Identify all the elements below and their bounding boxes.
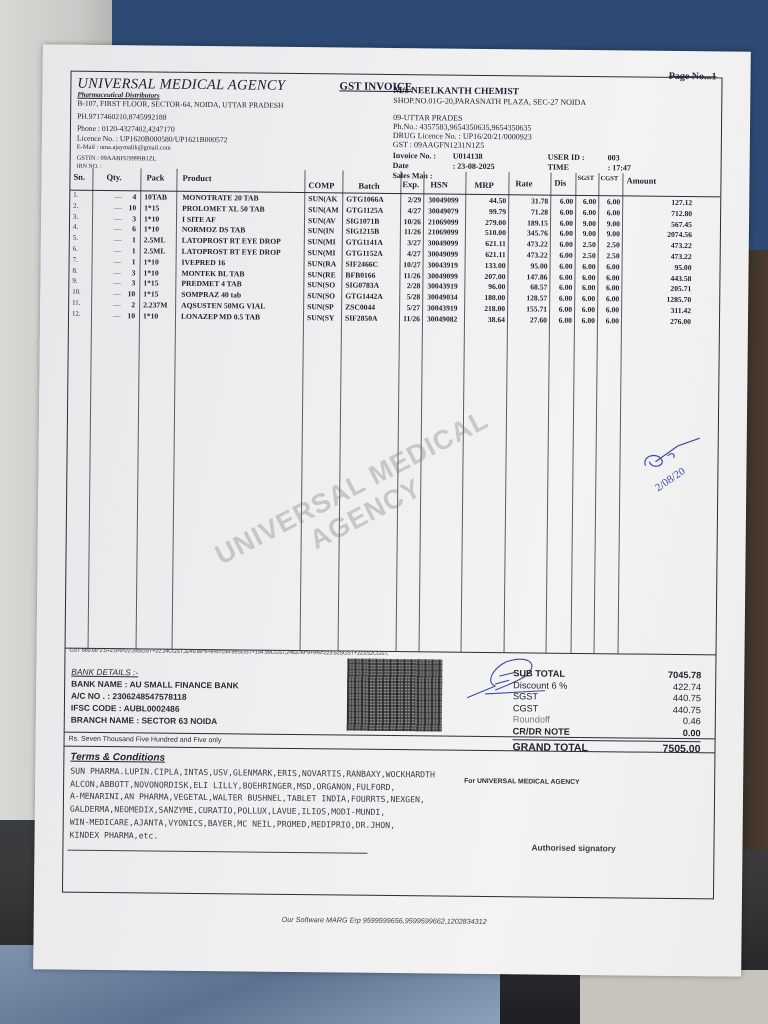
col-pack: Pack (146, 172, 164, 182)
cell-cgst: 6.00 (606, 294, 619, 303)
cell-pack: 1*15 (143, 290, 158, 299)
col-product: Product (182, 173, 211, 183)
cell-mrp: 133.00 (485, 261, 506, 270)
cell-exp: 4/27 (408, 206, 422, 215)
checkmark-icon: — (113, 268, 121, 277)
cell-cgst: 2.50 (606, 251, 619, 260)
invoice-time: : 17:47 (608, 163, 668, 173)
total-label: SUB TOTAL (513, 668, 565, 680)
cell-cgst: 2.50 (606, 240, 619, 249)
col-batch: Batch (358, 181, 379, 191)
total-row: GRAND TOTAL7505.00 (512, 739, 700, 755)
checkmark-icon: — (114, 214, 122, 223)
col-amount: Amount (626, 175, 656, 185)
authorised-signatory: Authorised signatory (531, 842, 615, 853)
cell-product: MONTEK BL TAB (181, 268, 244, 278)
cell-cgst: 6.00 (607, 208, 620, 217)
cell-hsn: 30049099 (427, 271, 457, 280)
cell-cgst: 6.00 (606, 305, 619, 314)
cell-cgst: 6.00 (607, 197, 620, 206)
total-label: GRAND TOTAL (512, 742, 588, 754)
total-value: 440.75 (673, 704, 701, 716)
cell-rate: 147.86 (527, 272, 548, 281)
cell-mrp: 180.00 (484, 293, 505, 302)
cell-batch: SIG1215B (346, 227, 379, 236)
checkmark-icon: — (114, 192, 122, 201)
cell-rate: 155.71 (526, 304, 547, 313)
cell-mrp: 279.00 (485, 218, 506, 227)
invoice-no: U014138 (453, 152, 548, 162)
cell-product: PREDMET 4 TAB (181, 279, 241, 289)
cell-sgst: 6.00 (582, 305, 595, 314)
cell-mrp: 510.00 (485, 228, 506, 237)
cell-sgst: 6.00 (582, 273, 595, 282)
total-value: 7505.00 (662, 744, 700, 756)
cell-qty: 1 (132, 235, 136, 244)
total-label: CGST (513, 703, 539, 715)
col-rate: Rate (515, 178, 532, 188)
cell-rate: 473.22 (527, 250, 548, 259)
cell-product: LATOPROST RT EYE DROP (182, 247, 281, 257)
cell-pack: 1*10 (144, 257, 159, 266)
cell-sn: 5. (73, 235, 78, 242)
cell-exp: 2/29 (408, 195, 422, 204)
cell-sgst: 2.50 (582, 251, 595, 260)
cell-sn: 11. (72, 300, 80, 307)
cell-rate: 473.22 (527, 240, 548, 249)
cell-comp: SUN(SY (307, 313, 335, 322)
col-dis: Dis (554, 178, 566, 188)
cell-product: AQSUSTEN 50MG VIAL (181, 301, 265, 311)
invoice-paper: Page No...1 UNIVERSAL MEDICAL AGENCY Pha… (33, 44, 751, 976)
cell-qty: 1 (132, 246, 136, 255)
bank-account: A/C NO . : 2306248547578118 (71, 691, 187, 702)
cell-sgst: 9.00 (583, 229, 596, 238)
cell-sgst: 6.00 (583, 197, 596, 206)
cell-qty: 10 (128, 289, 136, 298)
cell-dis: 6.00 (560, 197, 573, 206)
cell-pack: 1*10 (144, 214, 159, 223)
cell-sn: 4. (73, 224, 78, 231)
cell-qty: 4 (132, 192, 136, 201)
cell-hsn: 21069099 (428, 217, 458, 226)
cell-mrp: 621.11 (485, 250, 506, 259)
cell-batch: SIF2850A (345, 313, 378, 322)
cell-rate: 189.15 (527, 218, 548, 227)
cell-dis: 6.00 (560, 208, 573, 217)
col-sgst: SGST (577, 175, 594, 182)
cell-amount: 2074.56 (667, 230, 692, 239)
cell-rate: 31.78 (531, 196, 548, 205)
cell-dis: 6.00 (559, 294, 572, 303)
seller-mobile: PH.9717460210,8745992188 (77, 111, 347, 123)
cell-mrp: 38.64 (488, 315, 505, 324)
col-qty: Qty. (106, 172, 121, 182)
cell-pack: 2.237M (143, 300, 167, 309)
cell-dis: 6.00 (560, 218, 573, 227)
checkmark-icon: — (113, 289, 121, 298)
cell-exp: 10/27 (403, 260, 420, 269)
cell-comp: SUN(MI (308, 237, 336, 246)
cell-sn: 6. (73, 246, 78, 253)
cell-amount: 95.00 (674, 263, 691, 272)
cell-amount: 311.42 (671, 306, 692, 315)
cell-sgst: 6.00 (582, 294, 595, 303)
cell-batch: GTG1125A (346, 205, 383, 214)
cell-cgst: 9.00 (607, 230, 620, 239)
cell-dis: 6.00 (559, 283, 572, 292)
cell-sgst: 6.00 (582, 283, 595, 292)
cell-rate: 27.60 (530, 315, 547, 324)
cell-dis: 6.00 (559, 262, 572, 271)
terms-and-conditions: Terms & Conditions SUN PHARMA.LUPIN.CIPL… (70, 752, 631, 847)
col-mrp: MRP (474, 180, 493, 190)
totals-block: SUB TOTAL7045.78Discount 6 %422.74SGST44… (512, 668, 701, 755)
cell-qty: 2 (131, 300, 135, 309)
cell-pack: 10TAB (144, 192, 167, 201)
cell-comp: SUN(AK (308, 194, 337, 203)
cell-sn: 10. (72, 289, 81, 296)
cell-pack: 1*10 (143, 268, 158, 277)
cell-pack: 2.5ML (144, 246, 166, 255)
checkmark-icon: — (114, 257, 122, 266)
invoice-no-label: Invoice No. : (393, 151, 453, 161)
total-label: SGST (513, 691, 538, 703)
bank-branch: BRANCH NAME : SECTOR 63 NOIDA (71, 715, 218, 727)
cell-hsn: 30049034 (427, 293, 457, 302)
cell-exp: 5/28 (407, 292, 421, 301)
col-hsn: HSN (430, 179, 448, 189)
amount-in-words: Rs. Seven Thousand Five Hundred and Five… (69, 736, 222, 745)
cell-sn: 9. (72, 278, 77, 285)
cell-mrp: 621.11 (485, 239, 506, 248)
cell-mrp: 218.00 (484, 304, 505, 313)
cell-amount: 127.12 (671, 198, 692, 207)
cell-rate: 71.28 (531, 207, 548, 216)
cell-dis: 6.00 (559, 305, 572, 314)
checkmark-icon: — (114, 203, 122, 212)
col-cgst: CGST (600, 175, 618, 182)
cell-mrp: 44.50 (489, 196, 506, 205)
cell-comp: SUN(IN (308, 226, 334, 235)
cell-dis: 6.00 (560, 229, 573, 238)
cell-amount: 567.45 (671, 220, 692, 229)
invoice-date: : 23-08-2025 (453, 162, 548, 172)
cell-sgst: 6.00 (583, 208, 596, 217)
total-value: 422.74 (673, 681, 701, 693)
cell-rate: 128.57 (526, 294, 547, 303)
cell-sn: 2. (73, 202, 78, 209)
cell-qty: 1 (132, 257, 136, 266)
cell-exp: 11/26 (404, 271, 421, 280)
software-footer: Our Software MARG Erp 9599599656,9599599… (282, 915, 487, 926)
cell-pack: 1*15 (144, 203, 159, 212)
cell-hsn: 30043919 (427, 282, 457, 291)
checkmark-icon: — (113, 300, 121, 309)
cell-sgst: 6.00 (582, 262, 595, 271)
cell-hsn: 30049082 (427, 314, 457, 323)
user-id-label: USER ID : (548, 153, 608, 163)
items-table: Sn. Qty. Pack Product COMP Batch Exp. HS… (66, 168, 721, 655)
cell-product: LATOPROST RT EYE DROP (182, 236, 281, 246)
total-value: 0.46 (683, 716, 701, 728)
cell-amount: 1285.70 (666, 295, 691, 304)
cell-sgst: 6.00 (582, 316, 595, 325)
cell-comp: SUN(SO (307, 291, 335, 300)
cell-qty: 10 (127, 311, 135, 320)
cell-mrp: 99.79 (489, 207, 506, 216)
cell-product: I SITE AF (182, 214, 216, 223)
for-agency-label: For UNIVERSAL MEDICAL AGENCY (464, 778, 580, 786)
cell-dis: 6.00 (559, 272, 572, 281)
cell-sn: 12. (72, 310, 81, 317)
total-value: 7045.78 (668, 670, 701, 682)
cell-product: MONOTRATE 20 TAB (182, 193, 258, 203)
cell-exp: 11/26 (403, 314, 420, 323)
bank-details: BANK DETAILS :- BANK NAME : AU SMALL FIN… (71, 666, 239, 728)
cell-hsn: 21069099 (428, 228, 458, 237)
cell-batch: BFB0166 (345, 270, 375, 279)
cell-batch: GTG1066A (346, 195, 384, 204)
cell-exp: 10/26 (404, 217, 421, 226)
cell-hsn: 30043919 (428, 260, 458, 269)
seller-address: B-107, FIRST FLOOR, SECTOR-64, NOIDA, UT… (77, 99, 347, 111)
cell-pack: 1*10 (144, 225, 159, 234)
cell-exp: 2/28 (407, 282, 421, 291)
cell-comp: SUN(RE (307, 270, 335, 279)
cell-exp: 5/27 (407, 303, 421, 312)
cell-mrp: 96.00 (488, 282, 505, 291)
cell-comp: SUN(RA (308, 259, 337, 268)
cell-sgst: 9.00 (583, 219, 596, 228)
cell-amount: 473.22 (671, 241, 692, 250)
cell-hsn: 30049099 (428, 195, 458, 204)
cell-rate: 345.76 (527, 229, 548, 238)
cell-sn: 7. (73, 256, 78, 263)
cell-product: PROLOMET XL 50 TAB (182, 204, 265, 214)
cell-qty: 3 (132, 214, 136, 223)
cell-dis: 6.00 (559, 251, 572, 260)
cell-hsn: 30043919 (427, 303, 457, 312)
col-exp: Exp. (402, 179, 419, 189)
cell-qty: 3 (132, 268, 136, 277)
cell-comp: SUN(AV (308, 216, 336, 225)
cell-comp: SUN(MI (308, 248, 336, 257)
cell-comp: SUN(SP (307, 302, 334, 311)
total-row: Discount 6 %422.74 (513, 680, 701, 693)
cell-dis: 6.00 (559, 240, 572, 249)
total-value: 440.75 (673, 693, 701, 705)
cell-hsn: 30049099 (428, 249, 458, 258)
cell-sn: 1. (73, 192, 78, 199)
date-label: Date (393, 161, 453, 171)
cell-pack: 1*15 (143, 279, 158, 288)
cell-dis: 6.00 (559, 316, 572, 325)
cell-cgst: 6.00 (606, 284, 619, 293)
col-sn: Sn. (73, 172, 85, 182)
seller-block: UNIVERSAL MEDICAL AGENCY Pharmaceutical … (77, 76, 348, 175)
checkmark-icon: — (113, 311, 121, 320)
cell-qty: 10 (129, 203, 137, 212)
cell-comp: SUN(SO (307, 280, 335, 289)
handwritten-initials-date: 2/08/20 (637, 432, 708, 493)
cell-rate: 95.00 (530, 261, 547, 270)
cell-exp: 3/27 (407, 238, 421, 247)
cell-batch: GTG1141A (346, 238, 383, 247)
buyer-address: SHOP.NO.01G-20,PARASNATH PLAZA, SEC-27 N… (393, 96, 713, 108)
cell-comp: SUN(AM (308, 205, 338, 214)
cell-batch: ZSC0044 (345, 302, 375, 311)
cell-sgst: 2.50 (582, 240, 595, 249)
cell-mrp: 207.00 (485, 272, 506, 281)
cell-cgst: 6.00 (606, 316, 619, 325)
cell-batch: SIG1071B (346, 216, 379, 225)
signature-line (67, 850, 367, 854)
svg-text:2/08/20: 2/08/20 (653, 465, 688, 492)
cell-amount: 473.22 (671, 252, 692, 261)
cell-hsn: 30049079 (428, 206, 458, 215)
user-id: 003 (608, 153, 668, 163)
cell-qty: 6 (132, 225, 136, 234)
cell-product: SOMPRAZ 40 tab (181, 290, 241, 300)
qr-code (347, 659, 443, 732)
cell-cgst: 6.00 (606, 262, 619, 271)
cell-sn: 8. (72, 267, 77, 274)
cell-cgst: 9.00 (607, 219, 620, 228)
checkmark-icon: — (113, 278, 121, 287)
cell-batch: GTG1442A (345, 292, 383, 301)
cell-amount: 712.80 (671, 209, 692, 218)
bank-ifsc: IFSC CODE : AUBL0002486 (71, 703, 180, 714)
bank-name: BANK NAME : AU SMALL FINANCE BANK (71, 679, 239, 691)
cell-sn: 3. (73, 213, 78, 220)
cell-cgst: 6.00 (606, 273, 619, 282)
terms-list: SUN PHARMA.LUPIN.CIPLA,INTAS,USV,GLENMAR… (70, 764, 631, 847)
cell-product: IVEPRED 16 (182, 258, 226, 267)
cell-product: NORMOZ DS TAB (182, 225, 246, 235)
table-body: 1.410TABMONOTRATE 20 TABSUN(AKGTG1066A2/… (69, 192, 720, 328)
buyer-block: M/s NEELKANTH CHEMIST SHOP.NO.01G-20,PAR… (392, 87, 713, 183)
total-label: Discount 6 % (513, 680, 567, 692)
cell-amount: 205.71 (670, 284, 691, 293)
total-label: Roundoff (513, 714, 550, 726)
cell-amount: 443.58 (671, 273, 692, 282)
cell-batch: SIF2466C (346, 259, 379, 268)
background-under-paper (580, 970, 768, 1024)
cell-batch: SIG0783A (345, 281, 379, 290)
cell-batch: GTG1152A (346, 248, 383, 257)
cell-hsn: 30049099 (428, 239, 458, 248)
checkmark-icon: — (114, 246, 122, 255)
checkmark-icon: — (114, 224, 122, 233)
col-comp: COMP (308, 180, 334, 190)
cell-qty: 3 (132, 279, 136, 288)
time-label: TIME (548, 163, 608, 173)
invoice-sheet: UNIVERSAL MEDICAL AGENCY Pharmaceutical … (62, 71, 723, 900)
cell-pack: 1*10 (143, 311, 158, 320)
cell-exp: 11/26 (404, 228, 421, 237)
cell-pack: 2.5ML (144, 236, 166, 245)
cell-amount: 276.00 (670, 317, 691, 326)
checkmark-icon: — (114, 235, 122, 244)
cell-product: LONAZEP MD 0.5 TAB (181, 312, 260, 322)
cell-exp: 4/27 (407, 249, 421, 258)
cell-rate: 68.57 (530, 283, 547, 292)
